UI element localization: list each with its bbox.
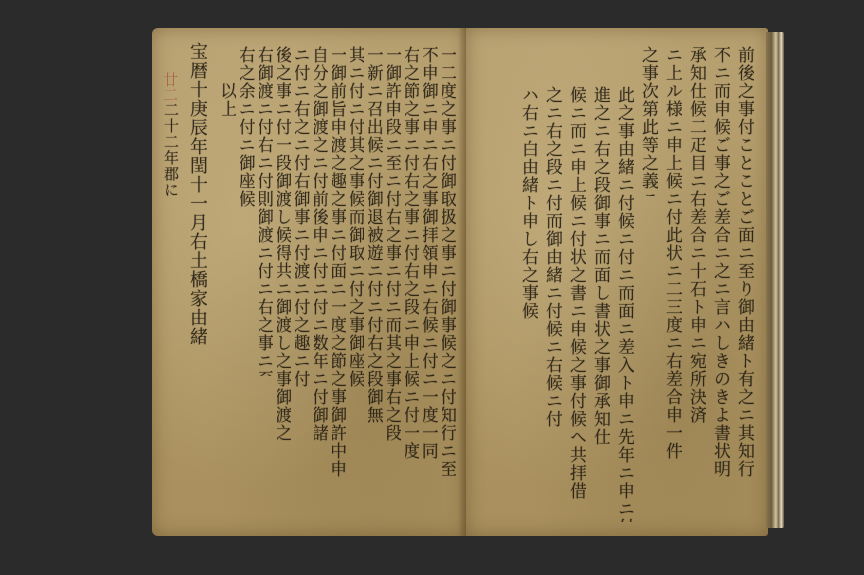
text-column: 右御渡ニ付右ニ付則御渡ニ付ニ右之事ニ至候 xyxy=(259,46,273,376)
text-column: 不申御ニ申ニ右之事御拝領申ニ右候ニ付ニ一度一同 xyxy=(423,46,437,522)
colophon-sub-line: 二十二年郡に xyxy=(160,102,181,242)
text-column: 一御許申段ニ至ニ付右之事ニ付ニ而其之事右之段 xyxy=(387,46,401,522)
text-column: 一新ニ召出候ニ付御退被遊ニ付ニ付右之段御無 xyxy=(368,46,382,522)
text-column: 其ニ付ニ付其之事候而御取ニ付之事御座候 xyxy=(350,46,364,522)
text-column: 自分之御渡之ニ付前後申ニ付ニ付ニ数年ニ付御諸 xyxy=(314,46,328,522)
text-column: 之事次第此等之義ニ付候 xyxy=(638,46,658,196)
text-column: 之ニ右之段ニ付而御由緒ニ付候ニ右候ニ付 xyxy=(542,86,562,522)
text-column: 一御前旨申渡之趣之事ニ付面ニ一度之節之事御許中申 xyxy=(332,46,346,522)
text-column: 前後之事付ことことご面ニ至り御由緒ト有之ニ其知行 xyxy=(734,46,754,522)
text-column: 後之事ニ付一段御渡し候得共ニ御渡し之事御渡之 xyxy=(277,46,291,522)
text-column: ニ付ニ右之ニ付右御事ニ付渡ニ付之趣ニ付 xyxy=(295,46,309,522)
text-column: 一二度之事ニ付御取扱之事ニ付御事候之ニ付知行ニ至 xyxy=(442,46,456,522)
colophon-date-line: 宝暦十庚辰年閏十一月右土橋家由緒 xyxy=(187,42,207,362)
left-page: 一二度之事ニ付御取扱之事ニ付御事候之ニ付知行ニ至 不申御ニ申ニ右之事御拝領申ニ右… xyxy=(152,28,466,536)
text-column: ハ右ニ白由緒ト申し右之事候 xyxy=(518,86,538,326)
open-manuscript-book: 一二度之事ニ付御取扱之事ニ付御事候之ニ付知行ニ至 不申御ニ申ニ右之事御拝領申ニ右… xyxy=(152,28,784,536)
text-column: 此之事由緒ニ付候ニ付ニ而面ニ差入ト申ニ先年ニ申ニ付 xyxy=(614,86,634,522)
text-column: 右之余ニ付ニ御座候 xyxy=(240,46,254,216)
page-block-edge xyxy=(766,32,784,528)
right-page: 前後之事付ことことご面ニ至り御由緒ト有之ニ其知行 不ニ而申候ご事之ご差合ニ之ニ言… xyxy=(466,28,768,536)
colophon-side: 廿二 二十二年郡に xyxy=(160,72,181,362)
text-column: 不ニ而申候ご事之ご差合ニ之ニ言ハしきのきよ書状明 xyxy=(710,46,730,522)
right-page-text-columns: 前後之事付ことことご面ニ至り御由緒ト有之ニ其知行 不ニ而申候ご事之ご差合ニ之ニ言… xyxy=(476,46,754,522)
red-folio-mark: 廿二 xyxy=(160,72,181,102)
left-page-text-columns: 一二度之事ニ付御取扱之事ニ付御事候之ニ付知行ニ至 不申御ニ申ニ右之事御拝領申ニ右… xyxy=(222,46,456,522)
text-column: 右之節之事ニ付右之事ニ付右之段ニ申上候ニ付一度 xyxy=(405,46,419,522)
text-column: 承知仕候二疋目ニ右差合ニ十石ト申ニ宛所決済 xyxy=(686,46,706,522)
text-column: 進之ニ右之段御事ニ而面し書状之事御承知仕 xyxy=(590,86,610,522)
text-column: 以上 xyxy=(222,82,236,142)
text-column: 候ニ而ニ申上候ニ付状之書ニ申候之事付候へ共拝借 xyxy=(566,86,586,522)
text-column: ニ上ル様ニ申上候ニ付此状ニ二三度ニ右差合申一件 xyxy=(662,46,682,522)
colophon: 宝暦十庚辰年閏十一月右土橋家由緒 廿二 二十二年郡に xyxy=(160,42,207,362)
